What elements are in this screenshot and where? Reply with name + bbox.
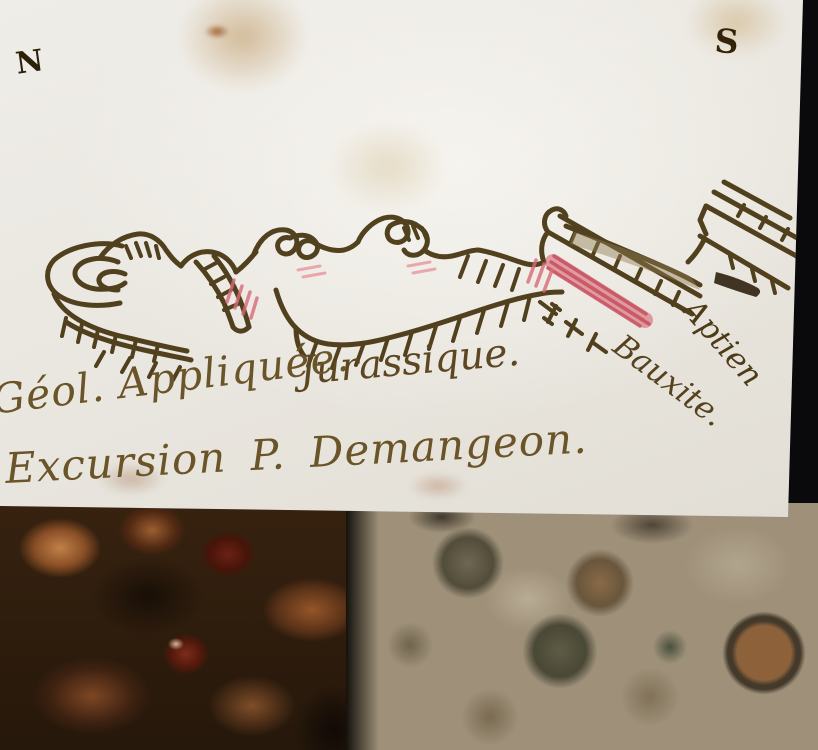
folded-crest-line (236, 217, 544, 272)
conglomerate-rock-sample-photo (346, 503, 818, 750)
bauxite-rock-sample-photo (0, 498, 366, 750)
photo-scene: N S Aptien Bauxite. Jurassique. Géol. Ap… (0, 0, 818, 750)
base-tick-line (540, 302, 606, 352)
field-sketch-card: N S Aptien Bauxite. Jurassique. Géol. Ap… (0, 0, 818, 519)
recumbent-fold (48, 234, 191, 360)
north-label: N (14, 46, 45, 80)
south-label: S (714, 24, 740, 59)
bauxite-red-hatching (227, 256, 649, 326)
